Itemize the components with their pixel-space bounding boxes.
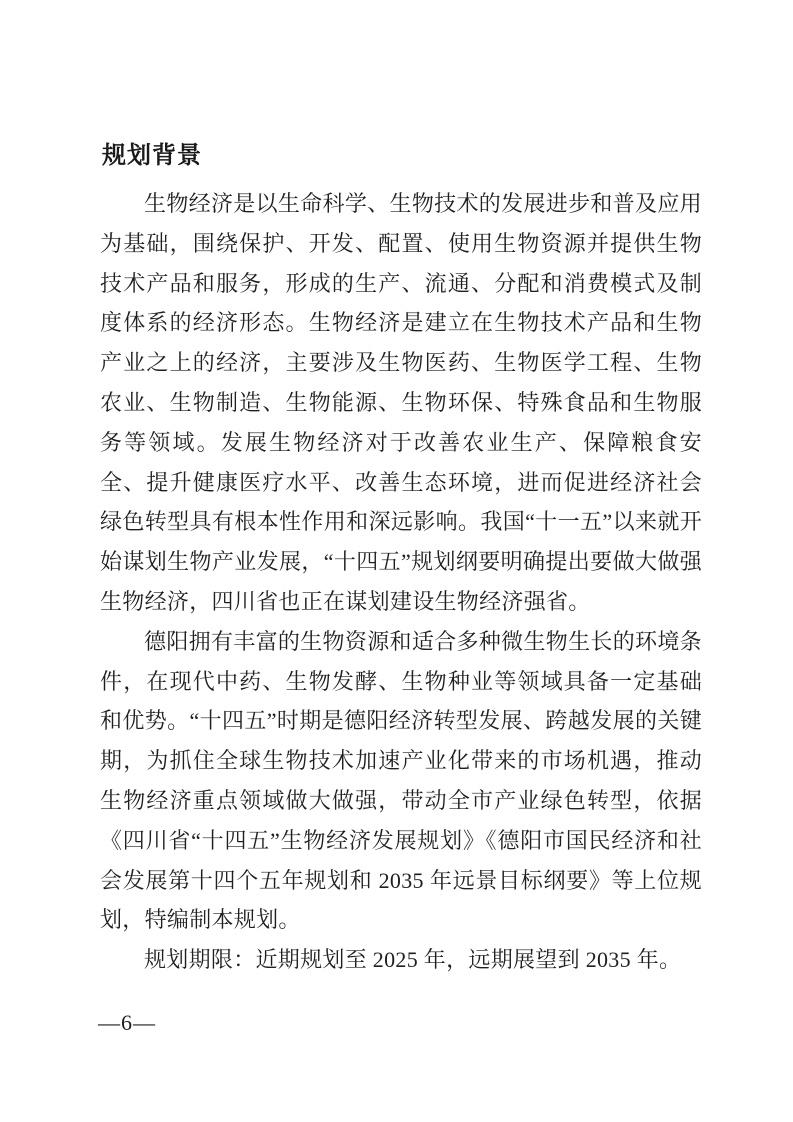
paragraph-bioeconomy-definition: 生物经济是以生命科学、生物技术的发展进步和普及应用为基础，围绕保护、开发、配置、… — [100, 184, 702, 622]
page-number: —6— — [98, 1010, 156, 1036]
document-page: 规划背景 生物经济是以生命科学、生物技术的发展进步和普及应用为基础，围绕保护、开… — [0, 0, 793, 1122]
section-heading: 规划背景 — [102, 142, 702, 170]
page-content: 规划背景 生物经济是以生命科学、生物技术的发展进步和普及应用为基础，围绕保护、开… — [100, 142, 702, 980]
paragraph-deyang-basis: 德阳拥有丰富的生物资源和适合多种微生物生长的环境条件，在现代中药、生物发酵、生物… — [100, 622, 702, 940]
paragraph-planning-period: 规划期限：近期规划至 2025 年，远期展望到 2035 年。 — [100, 940, 702, 980]
